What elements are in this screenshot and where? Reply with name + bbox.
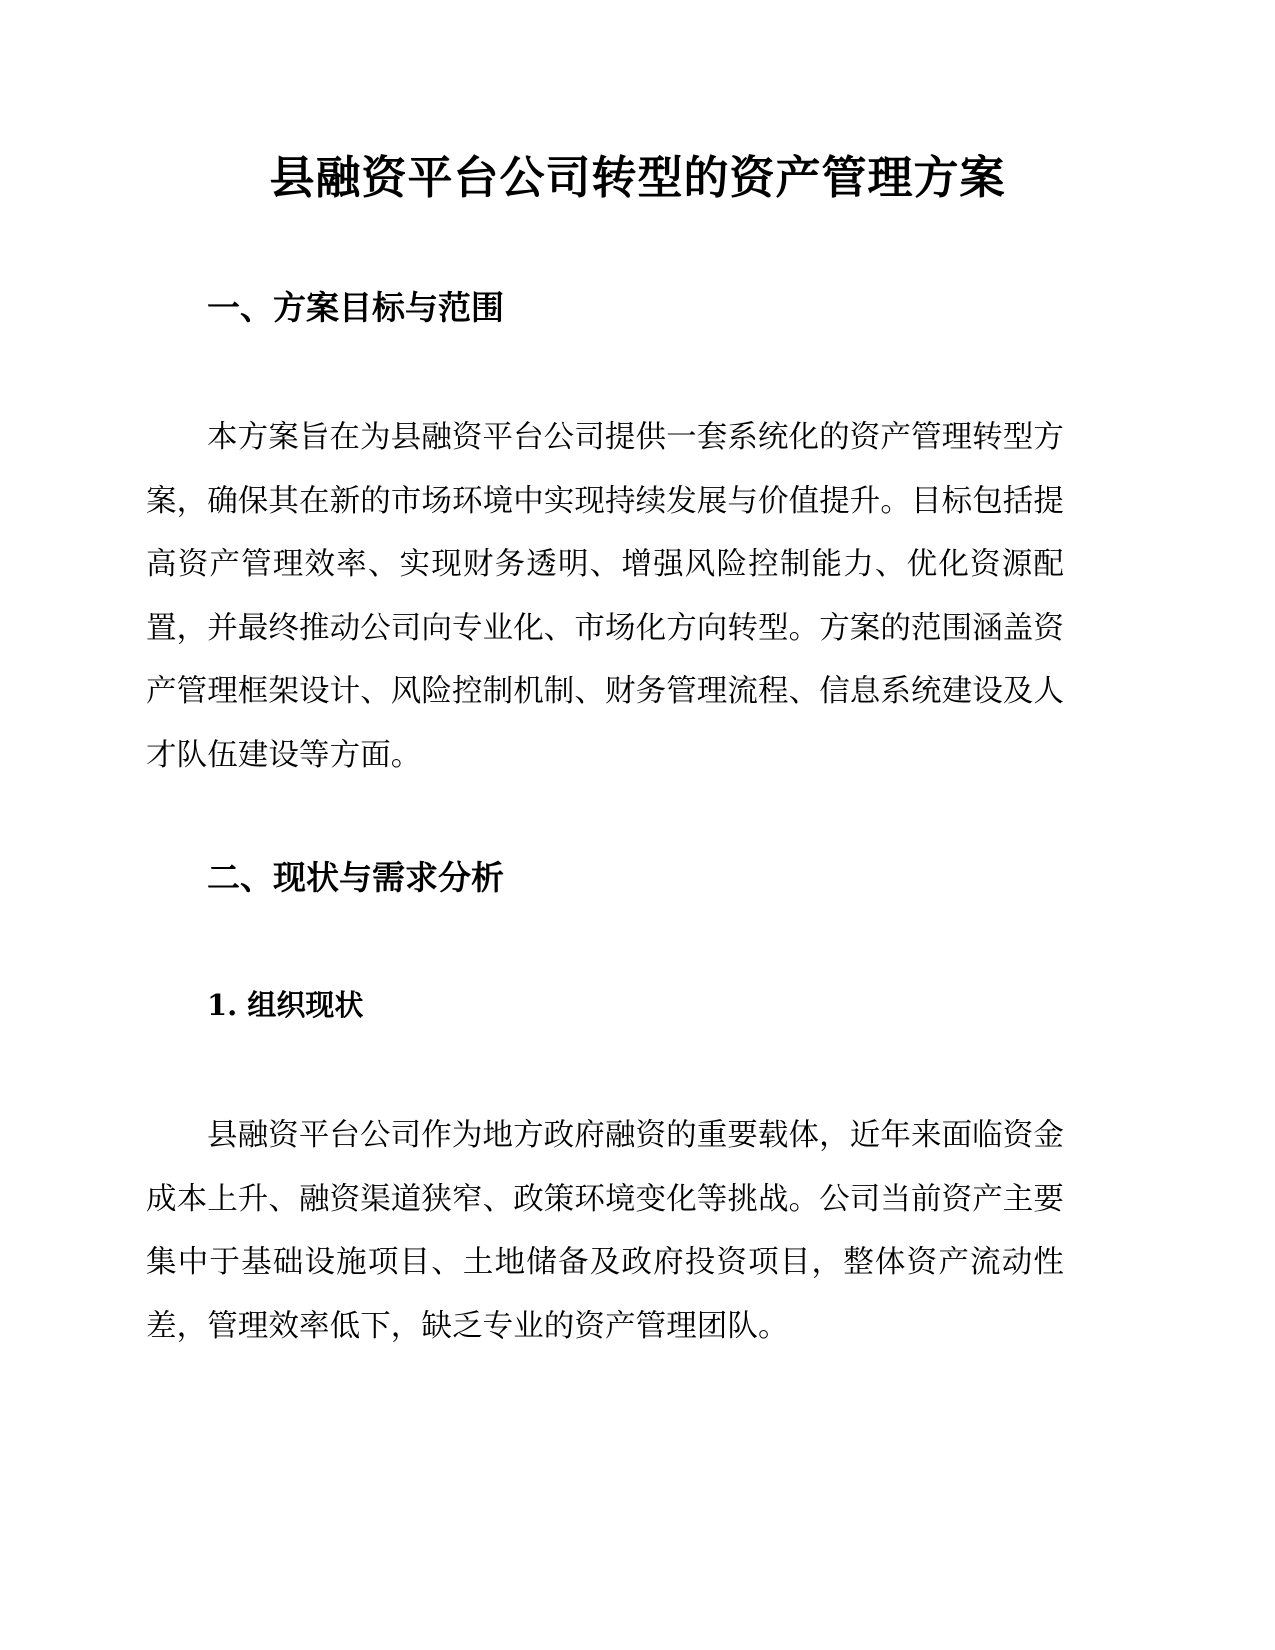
document-page: 县融资平台公司转型的资产管理方案 一、方案目标与范围 本方案旨在为县融资平台公司… [0,0,1275,1650]
subsection-heading-org-status: 1. 组织现状 [207,985,363,1025]
section-heading-goals-scope: 一、方案目标与范围 [207,286,504,330]
section-paragraph-goals-scope: 本方案旨在为县融资平台公司提供一套系统化的资产管理转型方案，确保其在新的市场环境… [146,406,1064,788]
document-title: 县融资平台公司转型的资产管理方案 [0,148,1275,208]
section-heading-status-needs: 二、现状与需求分析 [207,856,504,900]
subsection-paragraph-org-status: 县融资平台公司作为地方政府融资的重要载体，近年来面临资金成本上升、融资渠道狭窄、… [146,1104,1064,1358]
